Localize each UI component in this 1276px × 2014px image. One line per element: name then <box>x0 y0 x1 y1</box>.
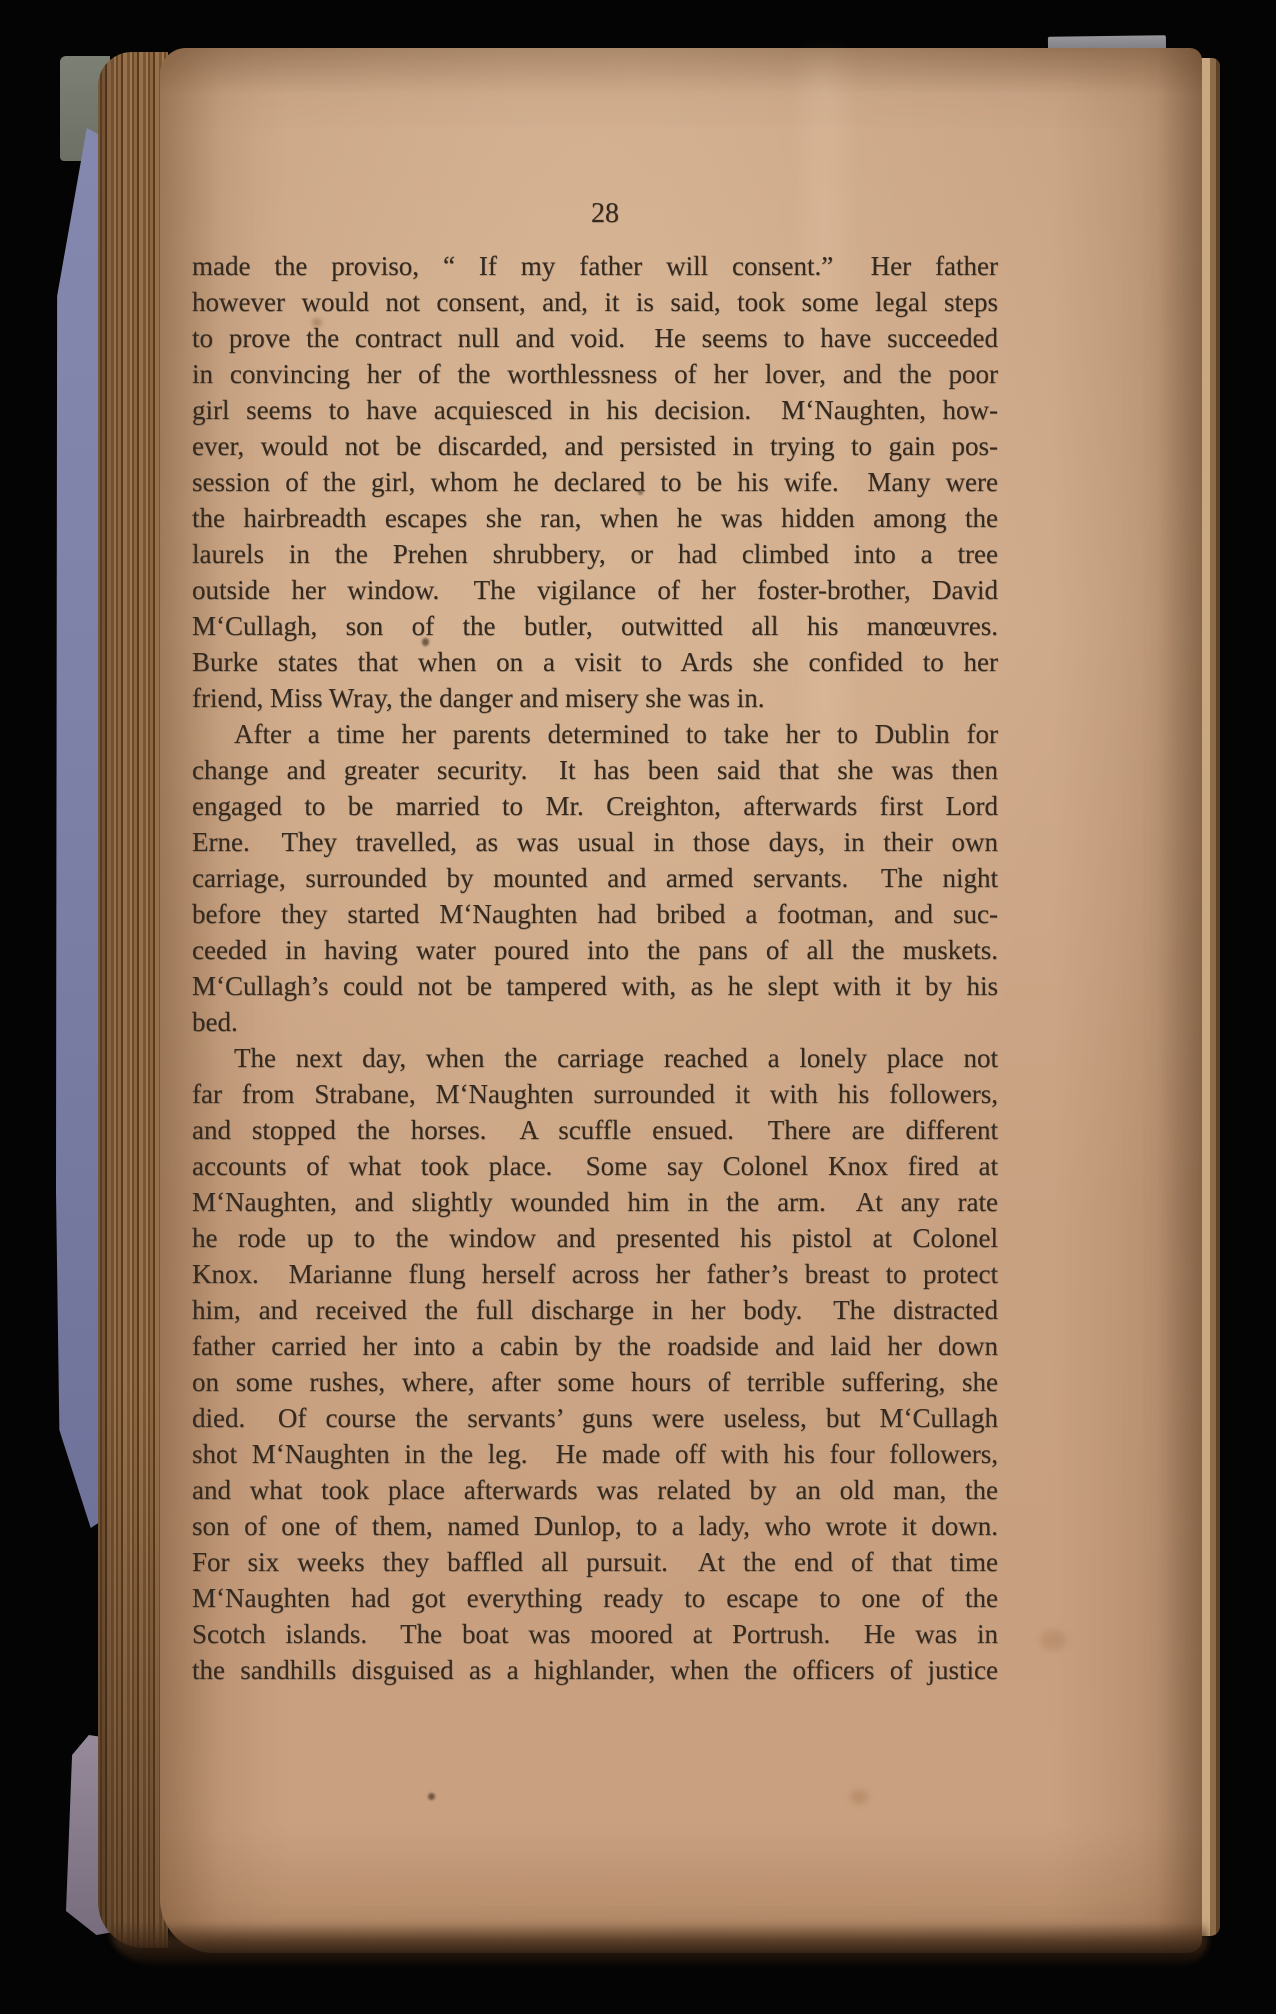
text-line: son of one of them, named Dunlop, to a l… <box>192 1508 998 1544</box>
text-line: father carried her into a cabin by the r… <box>192 1328 998 1364</box>
text-line: shot M‘Naughten in the leg. He made off … <box>192 1436 998 1472</box>
text-line: before they started M‘Naughten had bribe… <box>192 896 998 932</box>
page-stain <box>1040 1630 1066 1650</box>
text-line: and what took place afterwards was relat… <box>192 1472 998 1508</box>
text-line: girl seems to have acquiesced in his dec… <box>192 392 998 428</box>
text-line: M‘Cullagh, son of the butler, outwitted … <box>192 608 998 644</box>
text-line: however would not consent, and, it is sa… <box>192 284 998 320</box>
stacked-page-edges <box>98 52 168 1948</box>
text-line: the hairbreadth escapes she ran, when he… <box>192 500 998 536</box>
text-line: change and greater security. It has been… <box>192 752 998 788</box>
text-line: M‘Naughten had got everything ready to e… <box>192 1580 998 1616</box>
text-line: laurels in the Prehen shrubbery, or had … <box>192 536 998 572</box>
text-line: session of the girl, whom he declared to… <box>192 464 998 500</box>
text-line: outside her window. The vigilance of her… <box>192 572 998 608</box>
text-line: friend, Miss Wray, the danger and misery… <box>192 680 998 716</box>
text-line: far from Strabane, M‘Naughten surrounded… <box>192 1076 998 1112</box>
text-line: After a time her parents determined to t… <box>192 716 998 752</box>
text-block: made the proviso, “ If my father will co… <box>192 248 998 1688</box>
text-line: M‘Naughten, and slightly wounded him in … <box>192 1184 998 1220</box>
text-line: The next day, when the carriage reached … <box>192 1040 998 1076</box>
page-stain <box>428 1793 435 1800</box>
book-scan-photo: 28 made the proviso, “ If my father will… <box>0 0 1276 2014</box>
text-line: on some rushes, where, after some hours … <box>192 1364 998 1400</box>
text-line: engaged to be married to Mr. Creighton, … <box>192 788 998 824</box>
text-line: Burke states that when on a visit to Ard… <box>192 644 998 680</box>
text-line: ceeded in having water poured into the p… <box>192 932 998 968</box>
text-line: ever, would not be discarded, and persis… <box>192 428 998 464</box>
text-line: Knox. Marianne flung herself across her … <box>192 1256 998 1292</box>
text-line: Erne. They travelled, as was usual in th… <box>192 824 998 860</box>
text-line: accounts of what took place. Some say Co… <box>192 1148 998 1184</box>
text-line: died. Of course the servants’ guns were … <box>192 1400 998 1436</box>
text-line: him, and received the full discharge in … <box>192 1292 998 1328</box>
text-line: the sandhills disguised as a highlander,… <box>192 1652 998 1688</box>
text-line: to prove the contract null and void. He … <box>192 320 998 356</box>
text-line: M‘Cullagh’s could not be tampered with, … <box>192 968 998 1004</box>
text-line: he rode up to the window and presented h… <box>192 1220 998 1256</box>
text-line: made the proviso, “ If my father will co… <box>192 248 998 284</box>
book-bottom-edge <box>108 1922 1208 1964</box>
page-stain <box>850 1790 868 1804</box>
text-line: For six weeks they baffled all pursuit. … <box>192 1544 998 1580</box>
text-line: carriage, surrounded by mounted and arme… <box>192 860 998 896</box>
text-line: Scotch islands. The boat was moored at P… <box>192 1616 998 1652</box>
page-number: 28 <box>202 198 1008 230</box>
text-line: and stopped the horses. A scuffle ensued… <box>192 1112 998 1148</box>
text-line: in convincing her of the worthlessness o… <box>192 356 998 392</box>
text-line: bed. <box>192 1004 998 1040</box>
